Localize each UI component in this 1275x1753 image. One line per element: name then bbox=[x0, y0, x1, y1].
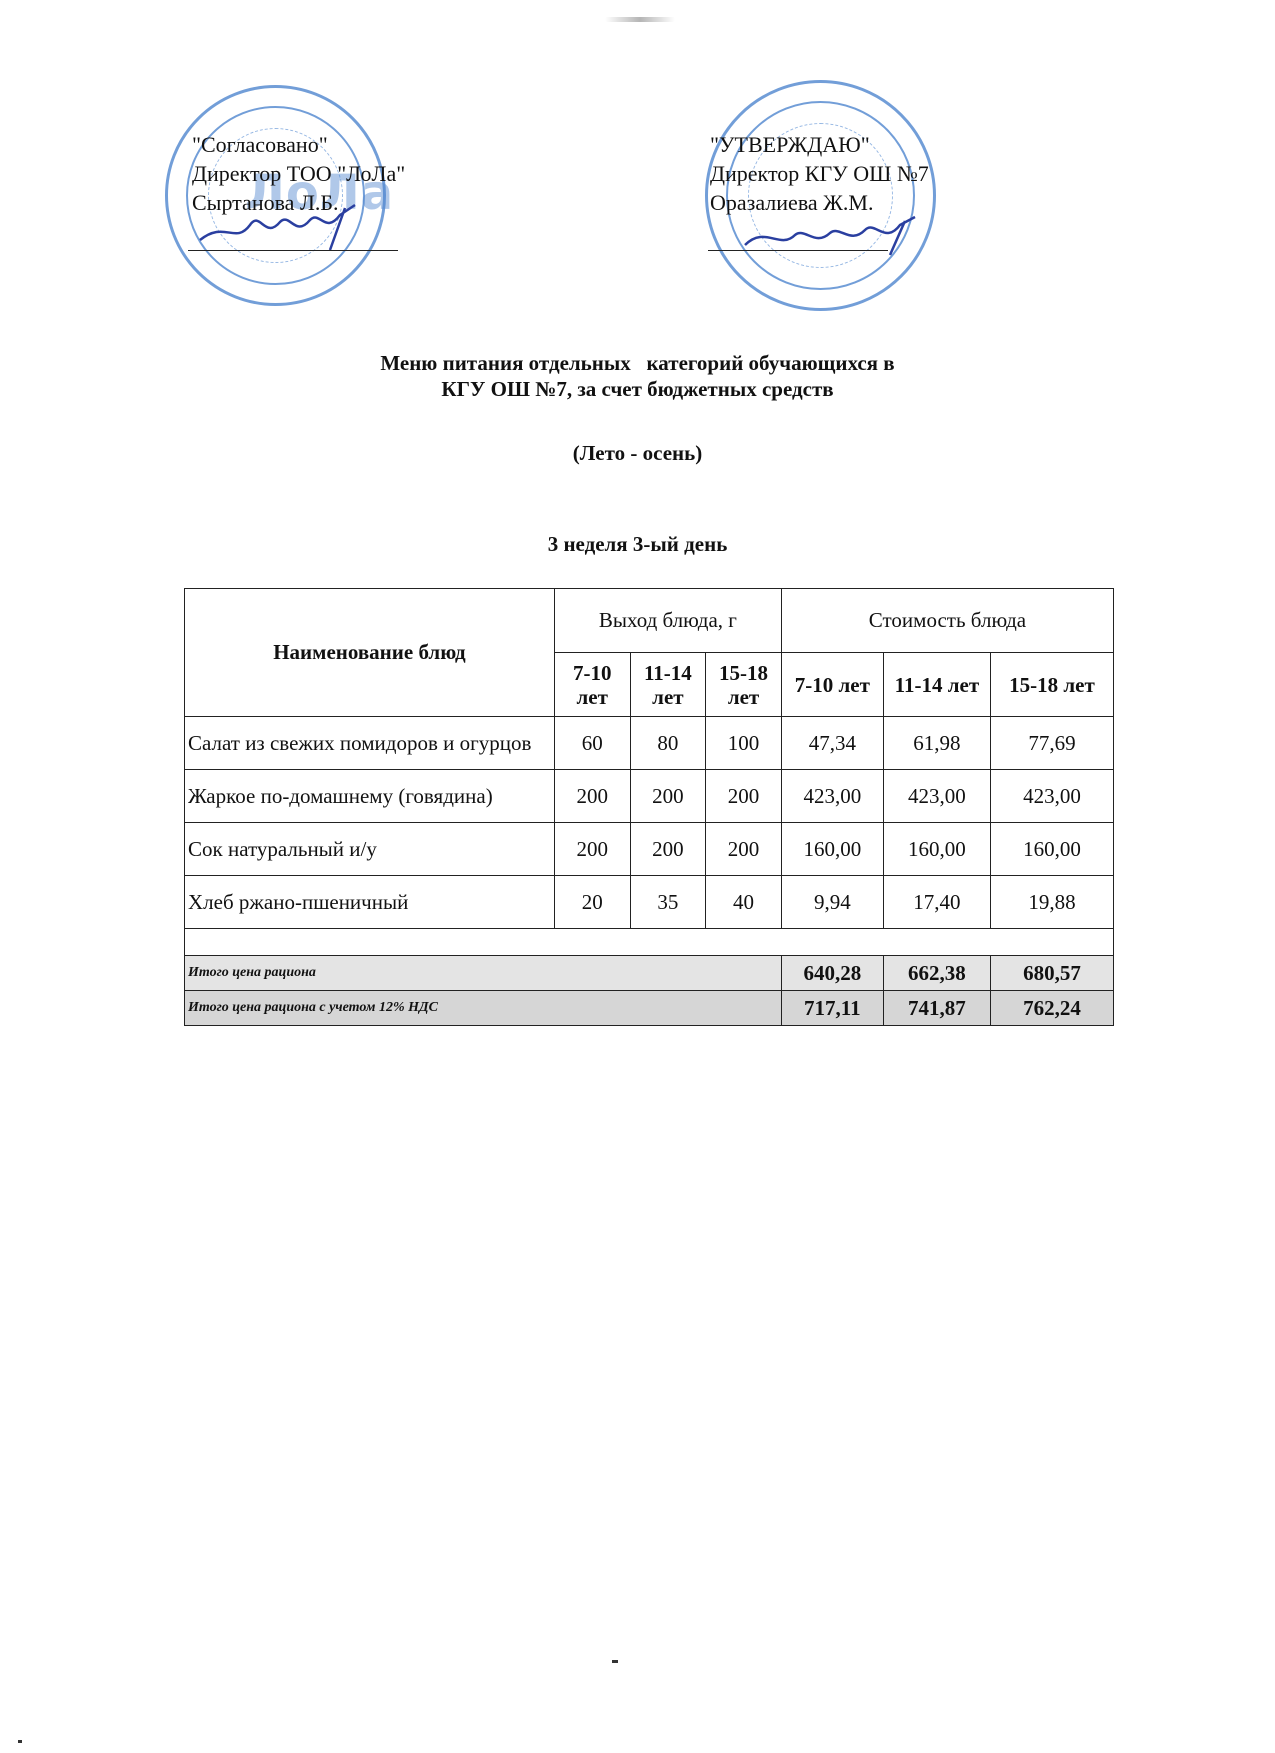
cost-value: 423,00 bbox=[781, 770, 883, 823]
total-vat-value: 741,87 bbox=[883, 991, 990, 1026]
yield-value: 200 bbox=[630, 770, 706, 823]
cost-value: 160,00 bbox=[991, 823, 1114, 876]
scan-artifact bbox=[605, 17, 675, 22]
cost-value: 423,00 bbox=[991, 770, 1114, 823]
approval-name: Сыртанова Л.Б. bbox=[192, 188, 405, 217]
total-vat-value: 717,11 bbox=[781, 991, 883, 1026]
total-vat-row: Итого цена рациона с учетом 12% НДС 717,… bbox=[185, 991, 1114, 1026]
day-subtitle: 3 неделя 3-ый день bbox=[0, 531, 1275, 557]
dish-row: Салат из свежих помидоров и огурцов60801… bbox=[185, 717, 1114, 770]
cost-value: 9,94 bbox=[781, 876, 883, 929]
yield-value: 60 bbox=[554, 717, 630, 770]
total-value: 662,38 bbox=[883, 956, 990, 991]
total-vat-label: Итого цена рациона с учетом 12% НДС bbox=[185, 991, 782, 1026]
cost-value: 160,00 bbox=[883, 823, 990, 876]
signature-line-right bbox=[708, 250, 888, 251]
cost-value: 61,98 bbox=[883, 717, 990, 770]
cost-value: 160,00 bbox=[781, 823, 883, 876]
dish-name: Сок натуральный и/у bbox=[185, 823, 555, 876]
cost-value: 423,00 bbox=[883, 770, 990, 823]
cost-value: 77,69 bbox=[991, 717, 1114, 770]
total-value: 640,28 bbox=[781, 956, 883, 991]
scan-speck bbox=[612, 1660, 618, 1663]
cost-value: 47,34 bbox=[781, 717, 883, 770]
header-cost-age: 7-10 лет bbox=[781, 653, 883, 717]
yield-value: 200 bbox=[554, 823, 630, 876]
title-line-1: Меню питания отдельных категорий обучающ… bbox=[0, 350, 1275, 376]
dish-name: Салат из свежих помидоров и огурцов bbox=[185, 717, 555, 770]
spacer-row bbox=[185, 929, 1114, 956]
yield-value: 200 bbox=[706, 770, 782, 823]
document-title: Меню питания отдельных категорий обучающ… bbox=[0, 350, 1275, 402]
header-yield-age: 11-14 лет bbox=[630, 653, 706, 717]
dish-row: Хлеб ржано-пшеничный2035409,9417,4019,88 bbox=[185, 876, 1114, 929]
approval-position: Директор КГУ ОШ №7 bbox=[710, 159, 929, 188]
season-subtitle: (Лето - осень) bbox=[0, 440, 1275, 466]
header-cost-age: 15-18 лет bbox=[991, 653, 1114, 717]
header-yield-group: Выход блюда, г bbox=[554, 589, 781, 653]
header-yield-age: 15-18 лет bbox=[706, 653, 782, 717]
scan-speck bbox=[18, 1740, 22, 1743]
cost-value: 17,40 bbox=[883, 876, 990, 929]
yield-value: 200 bbox=[706, 823, 782, 876]
yield-value: 20 bbox=[554, 876, 630, 929]
approval-position: Директор ТОО "ЛоЛа" bbox=[192, 159, 405, 188]
yield-value: 80 bbox=[630, 717, 706, 770]
yield-value: 200 bbox=[554, 770, 630, 823]
approval-heading: "УТВЕРЖДАЮ" bbox=[710, 130, 929, 159]
yield-value: 200 bbox=[630, 823, 706, 876]
dish-row: Сок натуральный и/у200200200160,00160,00… bbox=[185, 823, 1114, 876]
signature-line-left bbox=[188, 250, 398, 251]
menu-table: Наименование блюд Выход блюда, г Стоимос… bbox=[184, 588, 1114, 1026]
approval-block-agreed: "Согласовано" Директор ТОО "ЛоЛа" Сыртан… bbox=[192, 130, 405, 217]
signature-right bbox=[740, 215, 920, 260]
approval-heading: "Согласовано" bbox=[192, 130, 405, 159]
dish-name: Хлеб ржано-пшеничный bbox=[185, 876, 555, 929]
yield-value: 100 bbox=[706, 717, 782, 770]
cost-value: 19,88 bbox=[991, 876, 1114, 929]
header-dish-name: Наименование блюд bbox=[185, 589, 555, 717]
total-vat-value: 762,24 bbox=[991, 991, 1114, 1026]
title-line-2: КГУ ОШ №7, за счет бюджетных средств bbox=[0, 376, 1275, 402]
dish-row: Жаркое по-домашнему (говядина)2002002004… bbox=[185, 770, 1114, 823]
approval-name: Оразалиева Ж.М. bbox=[710, 188, 929, 217]
yield-value: 40 bbox=[706, 876, 782, 929]
header-cost-group: Стоимость блюда bbox=[781, 589, 1113, 653]
dish-name: Жаркое по-домашнему (говядина) bbox=[185, 770, 555, 823]
header-yield-age: 7-10 лет bbox=[554, 653, 630, 717]
total-value: 680,57 bbox=[991, 956, 1114, 991]
total-row: Итого цена рациона 640,28 662,38 680,57 bbox=[185, 956, 1114, 991]
total-label: Итого цена рациона bbox=[185, 956, 782, 991]
approval-block-approve: "УТВЕРЖДАЮ" Директор КГУ ОШ №7 Оразалиев… bbox=[710, 130, 929, 217]
header-cost-age: 11-14 лет bbox=[883, 653, 990, 717]
yield-value: 35 bbox=[630, 876, 706, 929]
